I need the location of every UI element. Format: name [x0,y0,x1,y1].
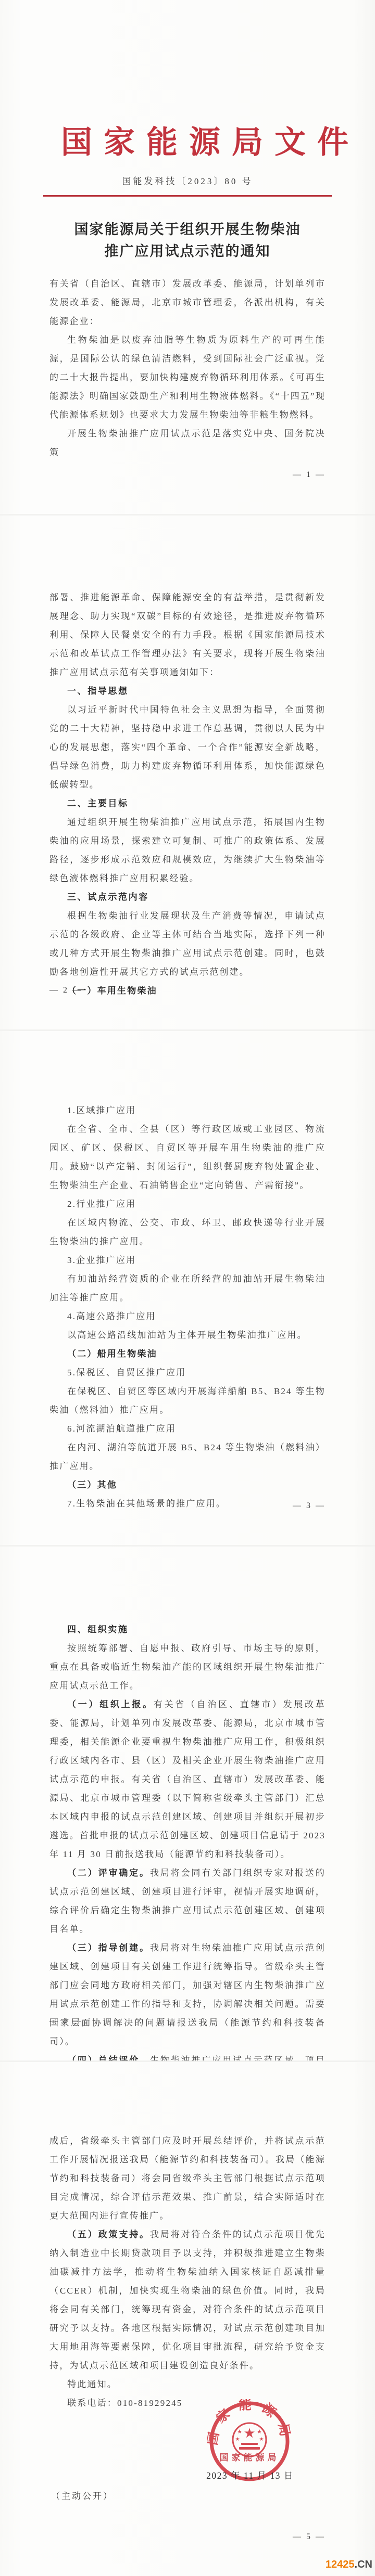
paragraph: 在全省、全市、全县（区）等行政区域或工业园区、物流园区、矿区、保税区、自贸区等开… [49,1120,326,1195]
page-body: 1.区域推广应用在全省、全市、全县（区）等行政区域或工业园区、物流园区、矿区、保… [49,1101,326,1513]
section-heading: 二、主要目标 [49,794,326,813]
paragraph: （一）组织上报。有关省（自治区、直辖市）发展改革委、能源局，计划单列市发展改革委… [49,1695,326,1864]
paragraph-lead: （三）指导创建。 [67,1943,150,1953]
issue-date: 2023 年 11 月 13 日 [203,2469,297,2482]
paragraph: （三）指导创建。我局将对生物柴油推广应用试点示范创建区域、创建项目有关创建工作进… [49,1939,326,2051]
sub-heading: （一）车用生物柴油 [49,982,326,1000]
page-3: 1.区域推广应用在全省、全市、全县（区）等行政区域或工业园区、物流园区、矿区、保… [0,1031,375,1545]
page-body: 成后，省级牵头主管部门应及时开展总结评价，并将试点示范工作开展情况报送我局（能源… [49,2132,326,2413]
svg-text:★: ★ [259,2437,264,2442]
paragraph: （二）评审确定。我局将会同有关部门组织专家对报送的试点示范创建区域、创建项目进行… [49,1864,326,1939]
watermark-suffix: .CN [355,2559,372,2570]
page-number: — 2 — [49,986,82,995]
svg-text:国家能源局: 国家能源局 [220,2452,280,2463]
page-number: — 3 — [293,1501,326,1511]
document-scan: 国家能源局文件 国能发科技〔2023〕80 号 国家能源局关于组织开展生物柴油推… [0,0,375,2576]
paragraph: 成后，省级牵头主管部门应及时开展总结评价，并将试点示范工作开展情况报送我局（能源… [49,2132,326,2225]
page-5: 成后，省级牵头主管部门应及时开展总结评价，并将试点示范工作开展情况报送我局（能源… [0,2062,375,2576]
page-1: 国家能源局文件 国能发科技〔2023〕80 号 国家能源局关于组织开展生物柴油推… [0,0,375,514]
sub-heading: （二）船用生物柴油 [49,1345,326,1363]
paragraph: 开展生物柴油推广应用试点示范是落实党中央、国务院决策 [49,424,326,462]
national-emblem-icon: ★ ★ ★ ★ ★ [233,2423,266,2456]
site-watermark: 12425.CN [326,2559,372,2571]
paragraph: 通过组织开展生物柴油推广应用试点示范，拓展国内生物柴油的应用场景，探索建立可复制… [49,813,326,888]
numbered-item: 7.生物柴油在其他场景的推广应用。 [49,1495,326,1513]
paragraph: 部署、推进能源革命、保障能源安全的有益举措，是贯彻新发展理念、助力实现“双碳”目… [49,588,326,682]
paragraph: 特此通知。 [49,2375,326,2394]
paragraph: （四）总结评价。生物柴油推广应用试点示范区域、项目建 [49,2051,326,2060]
paragraph: 生物柴油是以废弃油脂等生物质为原料生产的可再生能源，是国际公认的绿色清洁燃料，受… [49,331,326,424]
sub-heading: （三）其他 [49,1476,326,1495]
paragraph: 在区域内物流、公交、市政、环卫、邮政快递等行业开展生物柴油的推广应用。 [49,1214,326,1251]
page-number: — 4 — [49,2017,82,2026]
paragraph: 在保税区、自贸区等区域内开展海洋船舶 B5、B24 等生物柴油（燃料油）推广应用… [49,1382,326,1420]
numbered-item: 3.企业推广应用 [49,1251,326,1270]
paragraph: 按照统筹部署、自愿申报、政府引导、市场主导的原则，重点在具备或临近生物柴油产能的… [49,1639,326,1695]
paragraph-lead: （二）评审确定。 [67,1868,150,1878]
watermark-number: 12425 [326,2559,355,2570]
paragraph: 在内河、湖泊等航道开展 B5、B24 等生物柴油（燃料油）推广应用。 [49,1438,326,1476]
numbered-item: 1.区域推广应用 [49,1101,326,1120]
paragraph: 根据生物柴油行业发展现状及生产消费等情况，申请试点示范的各级政府、企业等主体可结… [49,907,326,982]
page-body: 部署、推进能源革命、保障能源安全的有益举措，是贯彻新发展理念、助力实现“双碳”目… [49,588,326,1000]
paragraph-lead: （一）组织上报。 [67,1699,154,1709]
paragraph: 有加油站经营资质的企业在所经营的加油站开展生物柴油加注等推广应用。 [49,1270,326,1307]
red-divider [43,195,332,197]
doc-title: 国家能源局关于组织开展生物柴油推广应用试点示范的通知 [49,218,326,262]
numbered-item: 2.行业推广应用 [49,1195,326,1214]
svg-text:★: ★ [243,2426,255,2441]
section-heading: 三、试点示范内容 [49,888,326,907]
numbered-item: 5.保税区、自贸区推广应用 [49,1363,326,1382]
paragraph-lead: （五）政策支持。 [67,2230,150,2239]
paragraph: 有关省（自治区、直辖市）发展改革委、能源局，计划单列市发展改革委、能源局，北京市… [49,275,326,331]
paragraph: 以高速公路沿线加油站为主体开展生物柴油推广应用。 [49,1326,326,1345]
doc-title-line2: 推广应用试点示范的通知 [105,243,271,259]
svg-text:★: ★ [237,2429,242,2435]
page-number: — 1 — [293,470,326,480]
page-body: 有关省（自治区、直辖市）发展改革委、能源局，计划单列市发展改革委、能源局，北京市… [49,275,326,462]
page-number: — 5 — [293,2532,326,2542]
paragraph: （五）政策支持。我局将对符合条件的试点示范项目优先纳入制造业中长期贷款项目予以支… [49,2225,326,2375]
numbered-item: 4.高速公路推广应用 [49,1307,326,1326]
doc-title-line1: 国家能源局关于组织开展生物柴油 [74,222,301,237]
paragraph: 以习近平新时代中国特色社会主义思想为指导，全面贯彻党的二十大精神，坚持稳中求进工… [49,701,326,794]
svg-text:★: ★ [235,2437,240,2442]
svg-text:★: ★ [257,2429,262,2435]
page-2: 部署、推进能源革命、保障能源安全的有益举措，是贯彻新发展理念、助力实现“双碳”目… [0,516,375,1029]
numbered-item: 6.河流湖泊航道推广应用 [49,1420,326,1438]
doc-number: 国能发科技〔2023〕80 号 [49,174,326,187]
disclosure-note: （主动公开） [51,2489,114,2502]
paragraph-lead: （四）总结评价。 [67,2055,150,2060]
page-body: 四、组织实施按照统筹部署、自愿申报、政府引导、市场主导的原则，重点在具备或临近生… [49,1620,326,2060]
section-heading: 四、组织实施 [49,1620,326,1639]
section-heading: 一、指导思想 [49,682,326,701]
page-4: 四、组织实施按照统筹部署、自愿申报、政府引导、市场主导的原则，重点在具备或临近生… [0,1547,375,2060]
agency-banner: 国家能源局文件 [49,124,326,161]
